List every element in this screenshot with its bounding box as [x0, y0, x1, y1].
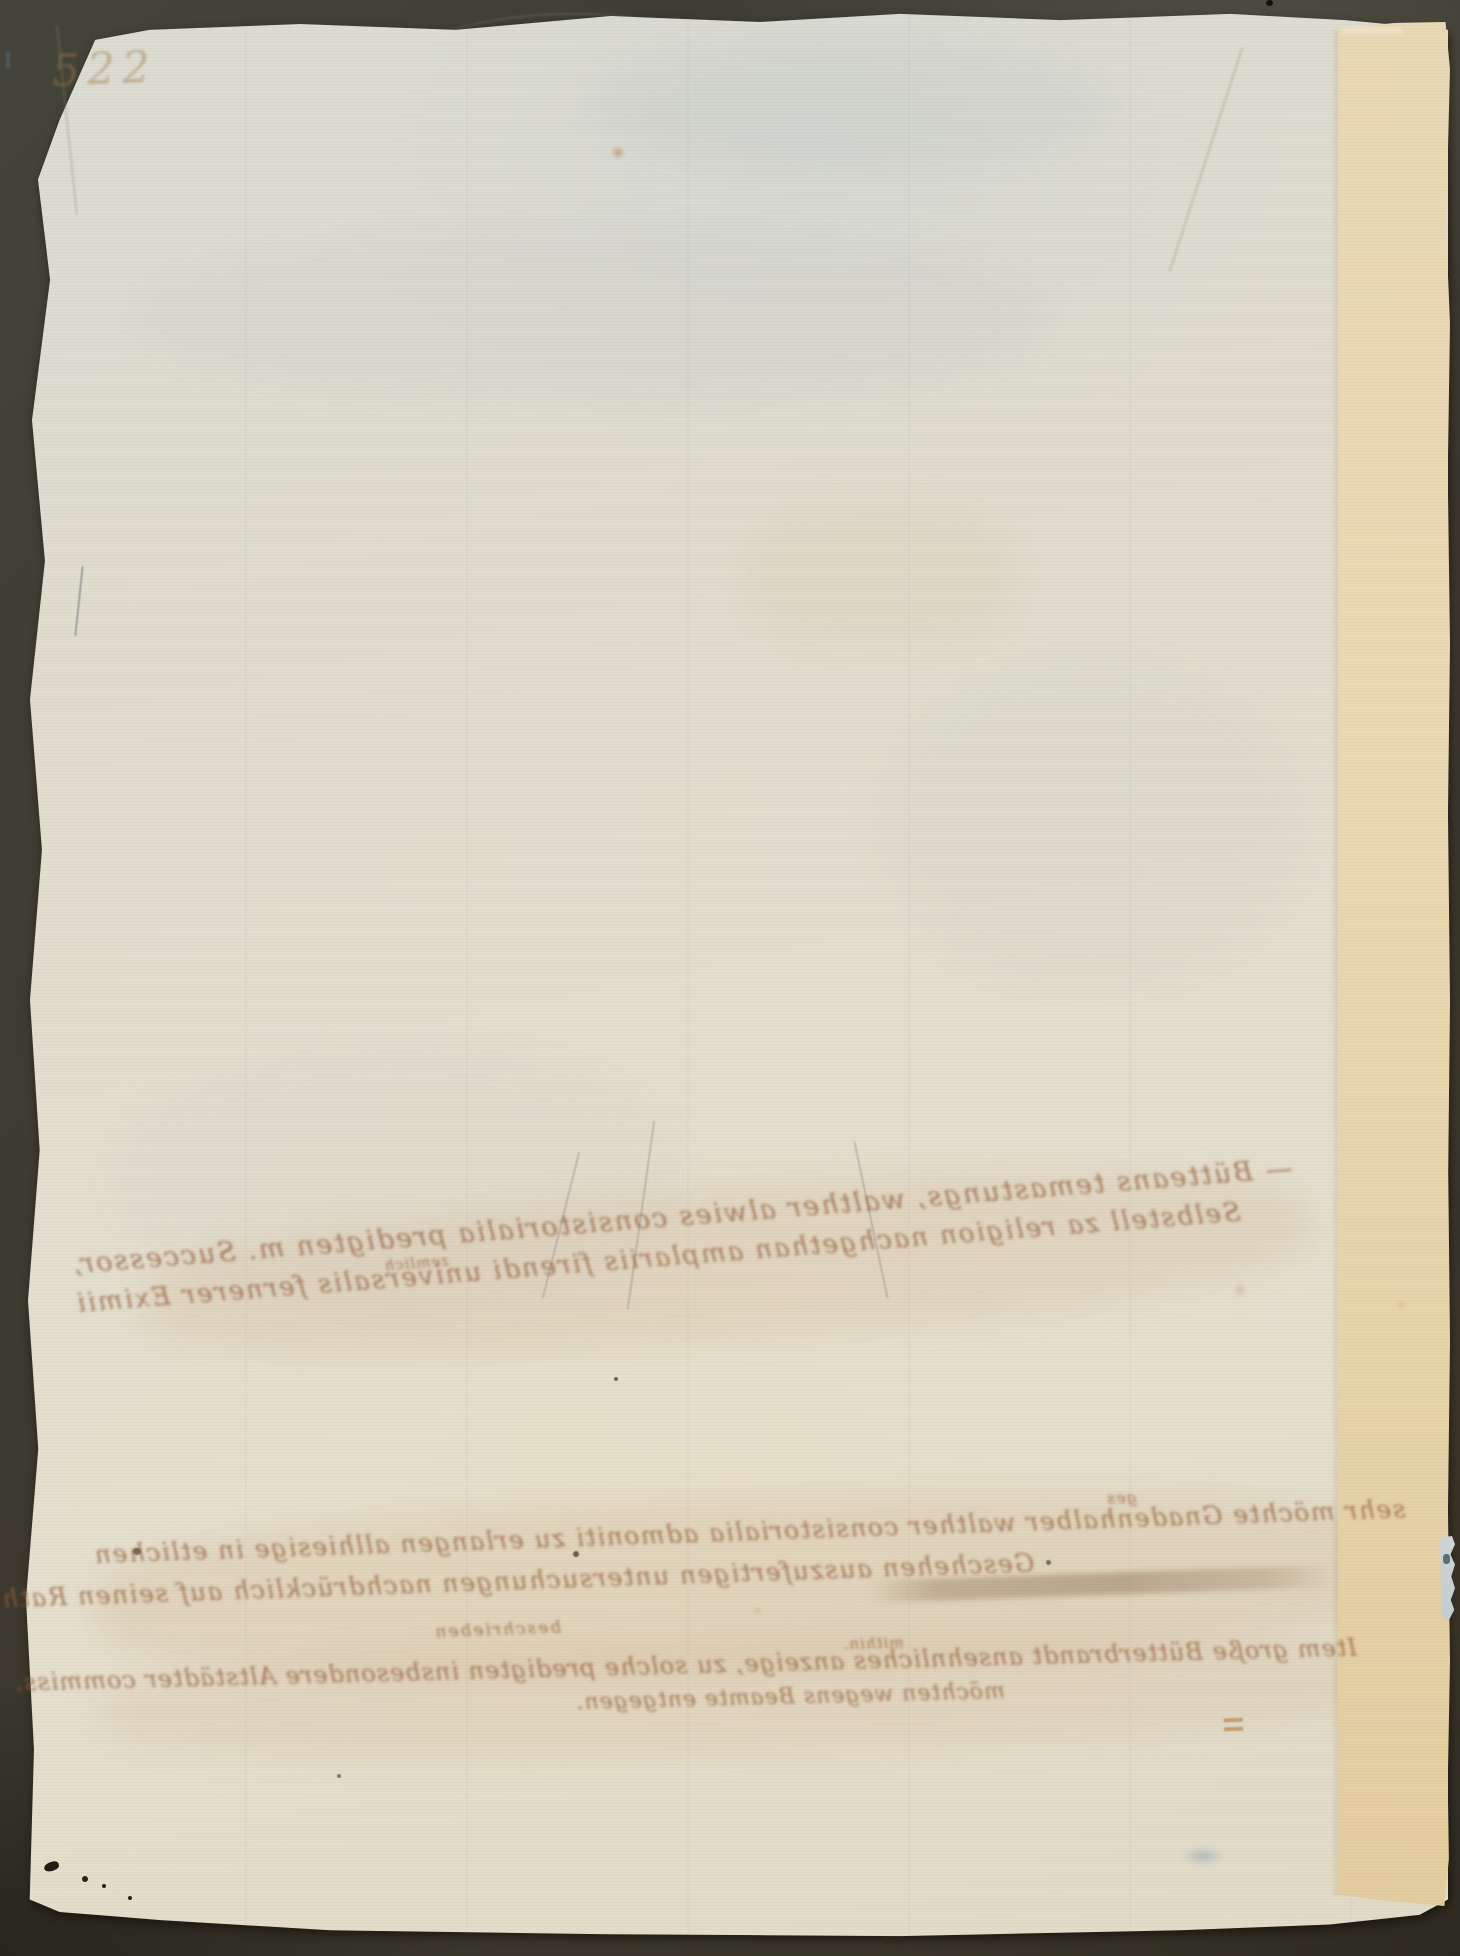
ink-speck: [128, 1896, 132, 1900]
ink-speck: [614, 1377, 618, 1381]
ink-speck: [337, 1774, 341, 1778]
stain-halo: [740, 500, 1020, 650]
ink-speck: [573, 1551, 579, 1557]
margin-tick: [6, 52, 10, 68]
ink-speck: [133, 1548, 141, 1555]
blue-smudge: [1180, 1846, 1226, 1866]
ink-speck: [82, 1876, 88, 1882]
stain-spot: [1232, 1283, 1248, 1297]
page-number-inscription: 522: [51, 42, 158, 97]
bleed-sub-word: beschrieben: [433, 1618, 561, 1642]
bleed-superscript: mithin.: [842, 1633, 903, 1653]
stain-spot: [752, 1606, 763, 1615]
paint-chip: [1443, 1554, 1450, 1564]
ink-speck: [1046, 1560, 1051, 1565]
guard-strip-crease: [1342, 28, 1402, 38]
bleed-superscript: ges: [1106, 1488, 1138, 1508]
stain-spot: [610, 146, 626, 159]
ink-speck: [102, 1884, 106, 1888]
bed-speck: [1266, 0, 1273, 6]
double-dash-mark: [1224, 1718, 1244, 1737]
stain-spot: [1396, 1300, 1406, 1309]
stain-spot: [1104, 1512, 1116, 1522]
